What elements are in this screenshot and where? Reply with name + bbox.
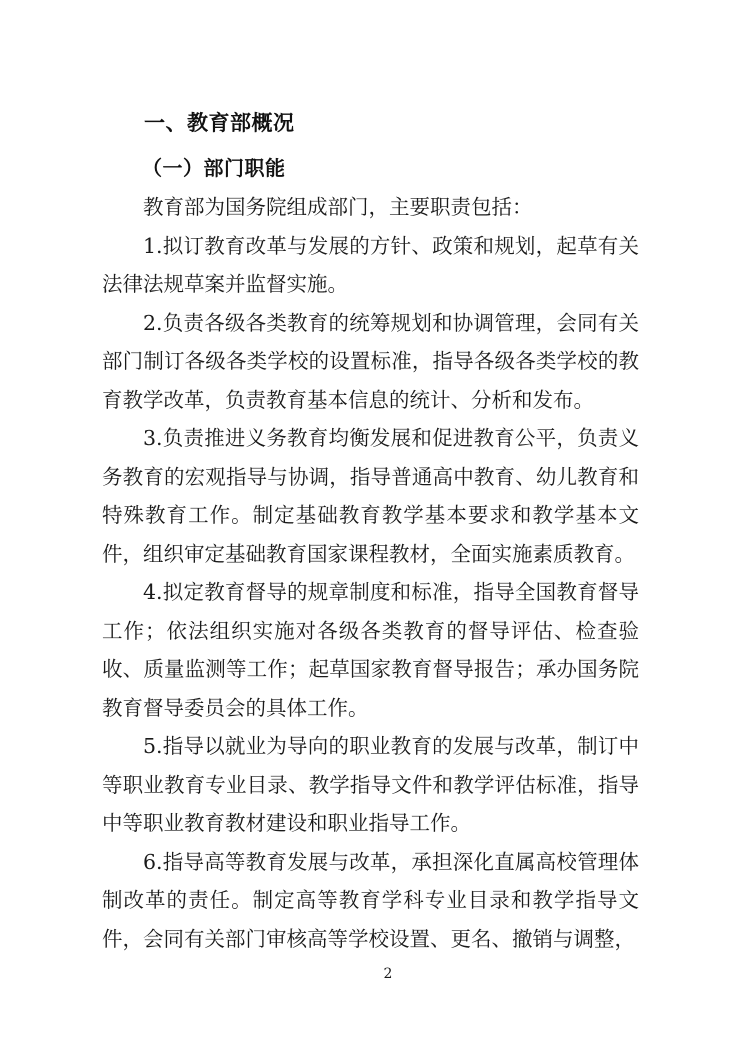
paragraph-duty-5: 5.指导以就业为导向的职业教育的发展与改革，制订中等职业教育专业目录、教学指导文… (102, 727, 639, 843)
paragraph-duty-4: 4.拟定教育督导的规章制度和标准，指导全国教育督导工作；依法组织实施对各级各类教… (102, 573, 639, 727)
document-content: 一、教育部概况 （一）部门职能 教育部为国务院组成部门，主要职责包括： 1.拟订… (102, 108, 639, 958)
section-heading: 一、教育部概况 (102, 108, 639, 138)
paragraph-duty-3: 3.负责推进义务教育均衡发展和促进教育公平，负责义务教育的宏观指导与协调，指导普… (102, 419, 639, 573)
paragraph-intro: 教育部为国务院组成部门，主要职责包括： (102, 188, 639, 227)
paragraph-duty-2: 2.负责各级各类教育的统筹规划和协调管理，会同有关部门制订各级各类学校的设置标准… (102, 304, 639, 420)
subsection-heading: （一）部门职能 (102, 154, 639, 182)
document-page: 一、教育部概况 （一）部门职能 教育部为国务院组成部门，主要职责包括： 1.拟订… (0, 0, 750, 1060)
body-text: 教育部为国务院组成部门，主要职责包括： 1.拟订教育改革与发展的方针、政策和规划… (102, 188, 639, 958)
paragraph-duty-1: 1.拟订教育改革与发展的方针、政策和规划，起草有关法律法规草案并监督实施。 (102, 227, 639, 304)
paragraph-duty-6: 6.指导高等教育发展与改革，承担深化直属高校管理体制改革的责任。制定高等教育学科… (102, 843, 639, 959)
page-number: 2 (0, 966, 750, 982)
